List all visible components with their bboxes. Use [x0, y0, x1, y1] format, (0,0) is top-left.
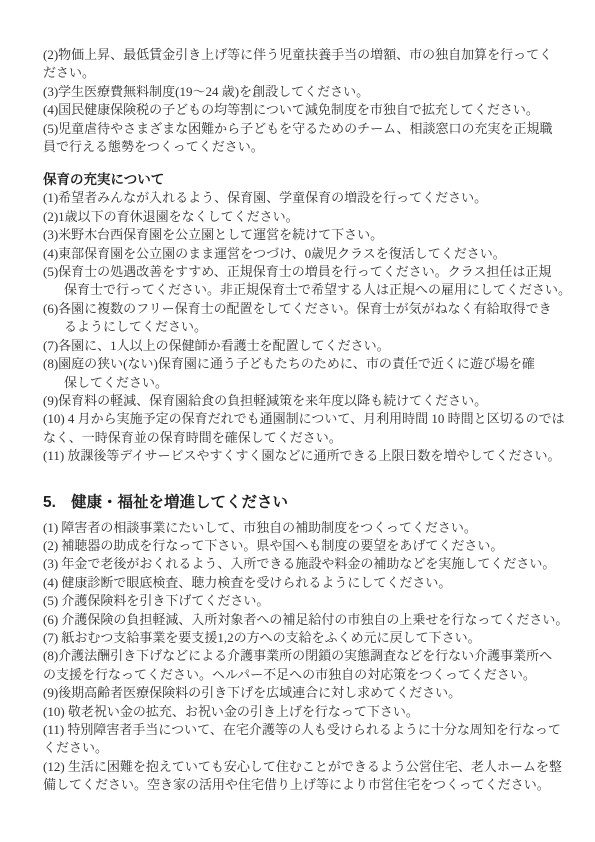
text-line: (2)1歳以下の育休退園をなくしてください。 [43, 208, 555, 226]
text-line: (6) 介護保険の負担軽減、入所対象者への補足給付の市独自の上乗せを行なってくだ… [43, 611, 555, 629]
childcare-section: 保育の充実について (1)希望者みんなが入れるよう、保育園、学童保育の増設を行っ… [43, 170, 555, 465]
text-line: (8)園庭の狭い(ない)保育園に通う子どもたちのために、市の責任で近くに遊び場を… [43, 355, 555, 373]
text-line: ださい。 [43, 64, 555, 82]
text-line: (5) 介護保険料を引き下げてください。 [43, 592, 555, 610]
document-page: (2)物価上昇、最低賃金引き上げ等に伴う児童扶養手当の増額、市の独自加算を行って… [0, 0, 595, 842]
text-line: (3) 年金で老後がおくれるよう、入所できる施設や料金の補助などを実施してくださ… [43, 555, 555, 573]
text-line: (5)保育士の処遇改善をすすめ、正規保育士の増員を行ってください。クラス担任は正… [43, 263, 555, 281]
text-line: (4)国民健康保険税の子どもの均等割について減免制度を市独自で拡充してください。 [43, 101, 555, 119]
text-line: (9)後期高齢者医療保険料の引き下げを広域連合に対し求めてください。 [43, 684, 555, 702]
text-line: (5)児童虐待やさまざまな困難から子どもを守るためのチーム、相談窓口の充実を正規… [43, 120, 555, 138]
text-line: (1)希望者みんなが入れるよう、保育園、学童保育の増設を行ってください。 [43, 189, 555, 207]
text-line: (4) 健康診断で眼底検査、聴力検査を受けられるようにしてください。 [43, 574, 555, 592]
text-line: ください。 [43, 739, 555, 757]
text-line: (9)保育料の軽減、保育園給食の負担軽減策を来年度以降も続けてください。 [43, 392, 555, 410]
text-line: (11) 特別障害者手当について、在宅介護等の人も受けられるように十分な周知を行… [43, 721, 555, 739]
text-line: (4)東部保育園を公立園のまま運営をつづけ、0歳児クラスを復活してください。 [43, 245, 555, 263]
text-line: (12) 生活に困難を抱えていても安心して住むことができるよう公営住宅、老人ホー… [43, 758, 555, 776]
text-line: (7)各園に、1人以上の保健師か看護士を配置してください。 [43, 337, 555, 355]
section-heading-childcare: 保育の充実について [43, 170, 555, 189]
text-line: (10) 4 月から実施予定の保育だれでも通園制について、月利用時間 10 時間… [43, 410, 555, 428]
text-line: (7) 紙おむつ支給事業を要支援1,2の方への支給をふくめ元に戻して下さい。 [43, 629, 555, 647]
text-line: (3)米野木台西保育園を公立園として運営を続けて下さい。 [43, 226, 555, 244]
text-line: 員で行える態勢をつくってください。 [43, 138, 555, 156]
health-welfare-section: 5. 健康・福祉を増進してください (1) 障害者の相談事業にたいして、市独自の… [43, 492, 555, 795]
text-line: なく、一時保育並の保育時間を確保してください。 [43, 429, 555, 447]
section-number: 5. [43, 492, 56, 513]
text-line: 備してください。空き家の活用や住宅借り上げ等により市営住宅をつくってください。 [43, 776, 555, 794]
intro-items-section: (2)物価上昇、最低賃金引き上げ等に伴う児童扶養手当の増額、市の独自加算を行って… [43, 46, 555, 156]
section-title: 健康・福祉を増進してください [71, 492, 288, 513]
text-line: (2) 補聴器の助成を行なって下さい。県や国へも制度の要望をあげてください。 [43, 537, 555, 555]
text-line: (10) 敬老祝い金の拡充、お祝い金の引き上げを行なって下さい。 [43, 703, 555, 721]
text-line: 保育士で行ってください。非正規保育士で希望する人は正規への雇用にしてください。 [43, 281, 555, 299]
text-line: (2)物価上昇、最低賃金引き上げ等に伴う児童扶養手当の増額、市の独自加算を行って… [43, 46, 555, 64]
text-line: (11) 放課後等デイサービスやすくすく園などに通所できる上限日数を増やしてくだ… [43, 447, 555, 465]
text-line: (3)学生医療費無料制度(19〜24 歳)を創設してください。 [43, 83, 555, 101]
text-line: (8)介護法酬引き下げなどによる介護事業所の閉鎖の実態調査などを行ない介護事業所… [43, 647, 555, 665]
text-line: るようにしてください。 [43, 318, 555, 336]
text-line: (6)各園に複数のフリー保育士の配置をしてください。保育士が気がねなく有給取得で… [43, 300, 555, 318]
text-line: 保してください。 [43, 374, 555, 392]
text-line: の支援を行なってください。ヘルパー不足への市独自の対応策をつくってください。 [43, 666, 555, 684]
text-line: (1) 障害者の相談事業にたいして、市独自の補助制度をつくってください。 [43, 519, 555, 537]
section-heading-health: 5. 健康・福祉を増進してください [43, 492, 555, 513]
